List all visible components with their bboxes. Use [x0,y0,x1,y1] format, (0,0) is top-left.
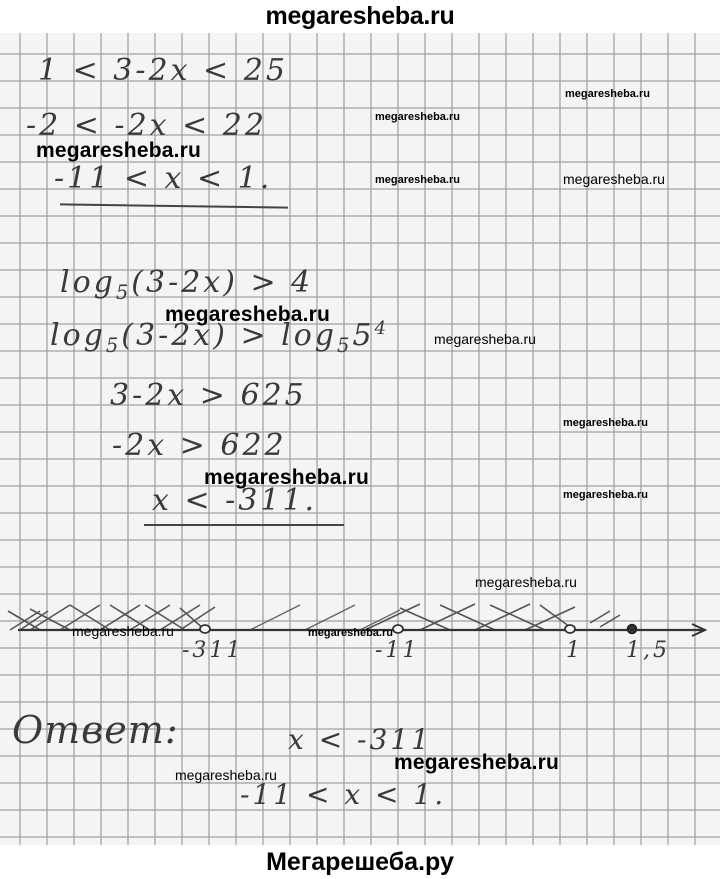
site-header: megaresheba.ru [0,0,720,33]
graph-paper-solution: 1 < 3-2x < 25 -2 < -2x < 22 -11 < x < 1.… [0,33,720,845]
watermark: megaresheba.ru [565,88,650,100]
open-point-minus-311 [200,625,210,633]
watermark: megaresheba.ru [394,751,559,775]
watermark: megaresheba.ru [475,574,577,590]
answer-label: Ответ: [12,708,179,752]
watermark: megaresheba.ru [563,417,648,429]
watermark: megaresheba.ru [308,627,393,639]
watermark: megaresheba.ru [36,139,201,163]
point-label-minus-311: -311 [182,638,243,663]
watermark: megaresheba.ru [563,489,648,501]
open-point-1 [565,625,575,633]
watermark: megaresheba.ru [375,111,460,123]
site-footer-title: Мегарешеба.ру [266,848,454,876]
watermark: megaresheba.ru [72,623,174,639]
watermark: megaresheba.ru [175,767,277,783]
open-point-minus-11 [393,625,403,633]
watermark: megaresheba.ru [563,171,665,187]
site-title: megaresheba.ru [266,2,455,30]
watermark: megaresheba.ru [434,331,536,347]
watermark: megaresheba.ru [165,303,330,327]
closed-point-1-5 [628,625,637,634]
point-label-minus-11: -11 [375,638,419,663]
hatching-right [365,604,620,630]
point-label-1: 1 [566,638,583,663]
watermark: megaresheba.ru [204,466,369,490]
watermark: megaresheba.ru [375,174,460,186]
site-footer: Мегарешеба.ру [0,845,720,879]
point-label-1-5: 1,5 [626,638,670,663]
